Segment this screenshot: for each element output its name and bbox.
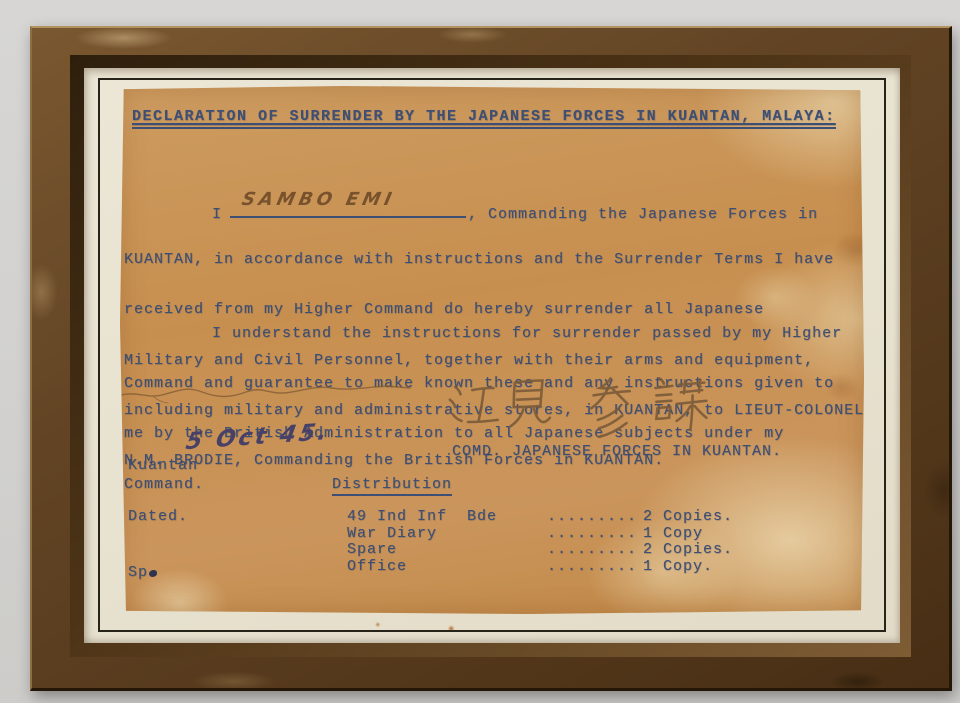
distribution-dots: ......... — [547, 526, 643, 543]
distribution-copies: 1 Copy. — [643, 559, 713, 576]
distribution-row: Spare ......... 2 Copies. — [347, 542, 733, 559]
distribution-dots: ......... — [547, 559, 643, 576]
footer-mark: Sp — [128, 564, 157, 581]
footer-mark-text: Sp — [128, 564, 148, 581]
paragraph-1-lead: I — [212, 206, 222, 223]
japanese-signature: 江見参謀 — [440, 372, 712, 438]
distribution-list: 49 Ind Inf Bde ......... 2 Copies. War D… — [347, 509, 733, 575]
command-line: COMD. JAPANESE FORCES IN KUANTAN. — [452, 443, 782, 460]
paragraph-1-line-1: ISAMBO EMI, Commanding the Japanese Forc… — [124, 202, 864, 218]
distribution-recipient: Office — [347, 559, 547, 576]
place-line: Kuantan — [128, 458, 228, 475]
distribution-heading: Distribution — [332, 476, 452, 496]
distribution-dots: ......... — [547, 542, 643, 559]
paragraph-2-line-4: Command. — [124, 477, 842, 493]
distribution-copies: 2 Copies. — [643, 509, 733, 526]
distribution-copies: 2 Copies. — [643, 542, 733, 559]
paper-crease-mark — [120, 380, 418, 406]
document-paper: DECLARATION OF SURRENDER BY THE JAPANESE… — [120, 86, 864, 614]
picture-frame: DECLARATION OF SURRENDER BY THE JAPANESE… — [30, 26, 952, 691]
ink-blot — [149, 570, 157, 577]
paragraph-1-after-blank: , Commanding the Japanese Forces in — [468, 206, 818, 223]
distribution-row: Office ......... 1 Copy. — [347, 559, 733, 576]
distribution-recipient: Spare — [347, 542, 547, 559]
document-title: DECLARATION OF SURRENDER BY THE JAPANESE… — [132, 108, 836, 129]
distribution-row: War Diary ......... 1 Copy — [347, 526, 733, 543]
distribution-recipient: 49 Ind Inf Bde — [347, 509, 547, 526]
distribution-row: 49 Ind Inf Bde ......... 2 Copies. — [347, 509, 733, 526]
paragraph-2-line-1: I understand the instructions for surren… — [124, 326, 842, 342]
crease-line-drawing — [120, 380, 418, 406]
distribution-dots: ......... — [547, 509, 643, 526]
paragraph-1-line-2: KUANTAN, in accordance with instructions… — [124, 252, 864, 268]
handwritten-name: SAMBO EMI — [240, 192, 396, 208]
distribution-copies: 1 Copy — [643, 526, 703, 543]
signature-blank: SAMBO EMI — [230, 202, 466, 218]
mat-board: DECLARATION OF SURRENDER BY THE JAPANESE… — [84, 68, 900, 643]
dated-label: Dated. — [128, 509, 228, 526]
japanese-signature-strokes — [440, 372, 712, 438]
distribution-recipient: War Diary — [347, 526, 547, 543]
